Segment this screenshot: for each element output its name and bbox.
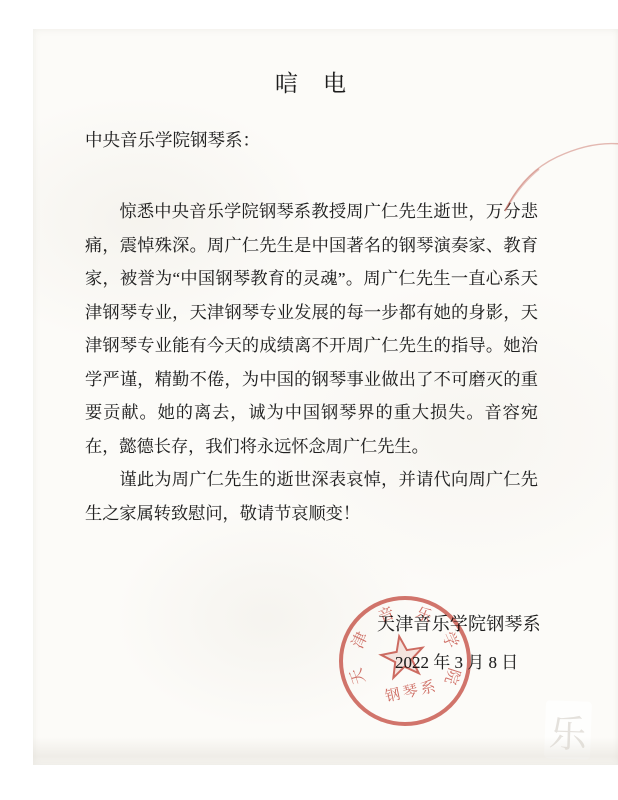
red-pen-mark (495, 135, 618, 219)
seal-arc-char: 音 (376, 604, 398, 627)
scanned-letter-page: 唁 电 中央音乐学院钢琴系： 惊悉中央音乐学院钢琴系教授周广仁先生逝世，万分悲痛… (33, 29, 618, 765)
seal-bottom-text: 钢琴系 (384, 678, 440, 706)
salutation: 中央音乐学院钢琴系： (85, 130, 260, 151)
letter-body: 惊悉中央音乐学院钢琴系教授周广仁先生逝世，万分悲痛，震悼殊深。周广仁先生是中国著… (85, 195, 538, 530)
letter-title: 唁 电 (85, 69, 537, 99)
seal-arc-char: 乐 (413, 604, 436, 627)
star-icon (379, 633, 427, 679)
official-seal: 天 津 音 乐 学 院 钢琴系 (330, 590, 482, 736)
paragraph-1: 惊悉中央音乐学院钢琴系教授周广仁先生逝世，万分悲痛，震悼殊深。周广仁先生是中国著… (85, 195, 538, 463)
seal-arc-char: 津 (349, 629, 372, 651)
seal-arc-char: 学 (438, 629, 461, 651)
seal-arc-char: 天 (347, 666, 369, 687)
paragraph-2: 谨此为周广仁先生的逝世深表哀悼，并请代向周广仁先生之家属转致慰问，敬请节哀顺变！ (85, 463, 538, 530)
seal-arc-char: 院 (441, 666, 463, 687)
scan-shadow (33, 737, 618, 765)
